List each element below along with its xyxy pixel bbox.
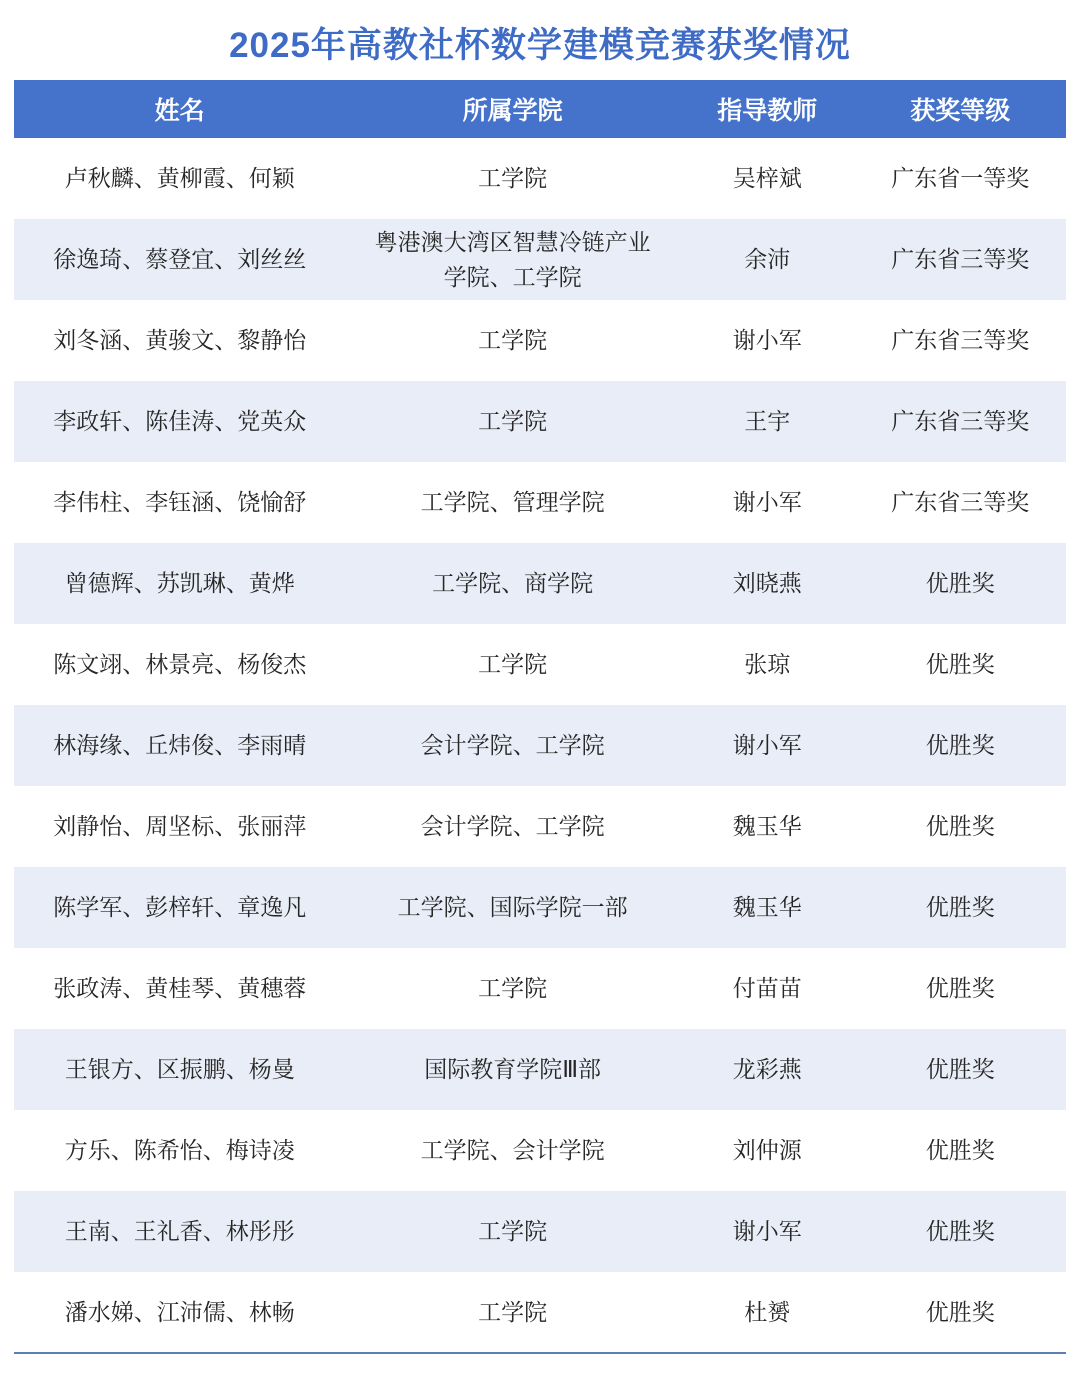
cell-teacher: 龙彩燕 (680, 1029, 855, 1110)
cell-college: 国际教育学院Ⅲ部 (345, 1029, 680, 1110)
cell-teacher: 谢小军 (680, 705, 855, 786)
cell-award: 广东省一等奖 (855, 138, 1066, 219)
table-row: 李伟柱、李钰涵、饶愉舒 工学院、管理学院 谢小军 广东省三等奖 (14, 462, 1066, 543)
cell-teacher: 魏玉华 (680, 867, 855, 948)
cell-award: 优胜奖 (855, 867, 1066, 948)
award-table-container: 2025年高教社杯数学建模竞赛获奖情况 姓名 所属学院 指导教师 获奖等级 卢秋… (14, 6, 1066, 1354)
page-title: 2025年高教社杯数学建模竞赛获奖情况 (14, 6, 1066, 80)
cell-award: 优胜奖 (855, 1029, 1066, 1110)
cell-college: 粤港澳大湾区智慧冷链产业学院、工学院 (345, 219, 680, 300)
cell-college: 工学院 (345, 948, 680, 1029)
table-row: 陈文翊、林景亮、杨俊杰 工学院 张琼 优胜奖 (14, 624, 1066, 705)
table-row: 陈学军、彭梓轩、章逸凡 工学院、国际学院一部 魏玉华 优胜奖 (14, 867, 1066, 948)
cell-award: 优胜奖 (855, 1110, 1066, 1191)
cell-names: 李伟柱、李钰涵、饶愉舒 (14, 462, 345, 543)
cell-names: 陈文翊、林景亮、杨俊杰 (14, 624, 345, 705)
table-row: 张政涛、黄桂琴、黄穗蓉 工学院 付苗苗 优胜奖 (14, 948, 1066, 1029)
cell-teacher: 刘晓燕 (680, 543, 855, 624)
cell-college: 工学院 (345, 138, 680, 219)
cell-college: 工学院、会计学院 (345, 1110, 680, 1191)
cell-award: 广东省三等奖 (855, 381, 1066, 462)
cell-award: 广东省三等奖 (855, 219, 1066, 300)
table-row: 王银方、区振鹏、杨曼 国际教育学院Ⅲ部 龙彩燕 优胜奖 (14, 1029, 1066, 1110)
cell-names: 徐逸琦、蔡登宜、刘丝丝 (14, 219, 345, 300)
cell-award: 优胜奖 (855, 543, 1066, 624)
cell-award: 广东省三等奖 (855, 462, 1066, 543)
table-row: 潘水娣、江沛儒、林畅 工学院 杜赟 优胜奖 (14, 1272, 1066, 1353)
table-row: 徐逸琦、蔡登宜、刘丝丝 粤港澳大湾区智慧冷链产业学院、工学院 余沛 广东省三等奖 (14, 219, 1066, 300)
column-header-teacher: 指导教师 (680, 80, 855, 138)
cell-college: 工学院、国际学院一部 (345, 867, 680, 948)
cell-college: 工学院、商学院 (345, 543, 680, 624)
table-row: 林海缘、丘炜俊、李雨晴 会计学院、工学院 谢小军 优胜奖 (14, 705, 1066, 786)
table-body: 卢秋麟、黄柳霞、何颖 工学院 吴梓斌 广东省一等奖 徐逸琦、蔡登宜、刘丝丝 粤港… (14, 138, 1066, 1353)
cell-names: 潘水娣、江沛儒、林畅 (14, 1272, 345, 1353)
cell-names: 刘静怡、周坚标、张丽萍 (14, 786, 345, 867)
cell-college: 工学院 (345, 1272, 680, 1353)
cell-names: 陈学军、彭梓轩、章逸凡 (14, 867, 345, 948)
cell-names: 刘冬涵、黄骏文、黎静怡 (14, 300, 345, 381)
cell-teacher: 王宇 (680, 381, 855, 462)
cell-teacher: 谢小军 (680, 300, 855, 381)
cell-college: 工学院 (345, 1191, 680, 1272)
cell-teacher: 谢小军 (680, 1191, 855, 1272)
table-row: 王南、王礼香、林彤彤 工学院 谢小军 优胜奖 (14, 1191, 1066, 1272)
cell-teacher: 杜赟 (680, 1272, 855, 1353)
cell-college: 工学院 (345, 624, 680, 705)
cell-award: 优胜奖 (855, 1191, 1066, 1272)
cell-names: 李政轩、陈佳涛、党英众 (14, 381, 345, 462)
cell-teacher: 吴梓斌 (680, 138, 855, 219)
table-row: 李政轩、陈佳涛、党英众 工学院 王宇 广东省三等奖 (14, 381, 1066, 462)
column-header-college: 所属学院 (345, 80, 680, 138)
cell-college: 工学院 (345, 381, 680, 462)
cell-teacher: 张琼 (680, 624, 855, 705)
table-row: 曾德辉、苏凯琳、黄烨 工学院、商学院 刘晓燕 优胜奖 (14, 543, 1066, 624)
cell-names: 方乐、陈希怡、梅诗凌 (14, 1110, 345, 1191)
cell-names: 王南、王礼香、林彤彤 (14, 1191, 345, 1272)
cell-award: 优胜奖 (855, 705, 1066, 786)
table-header-row: 姓名 所属学院 指导教师 获奖等级 (14, 80, 1066, 138)
cell-award: 优胜奖 (855, 1272, 1066, 1353)
table-row: 刘冬涵、黄骏文、黎静怡 工学院 谢小军 广东省三等奖 (14, 300, 1066, 381)
cell-names: 王银方、区振鹏、杨曼 (14, 1029, 345, 1110)
cell-names: 林海缘、丘炜俊、李雨晴 (14, 705, 345, 786)
award-table: 姓名 所属学院 指导教师 获奖等级 卢秋麟、黄柳霞、何颖 工学院 吴梓斌 广东省… (14, 80, 1066, 1354)
cell-college: 会计学院、工学院 (345, 705, 680, 786)
cell-award: 优胜奖 (855, 624, 1066, 705)
table-row: 方乐、陈希怡、梅诗凌 工学院、会计学院 刘仲源 优胜奖 (14, 1110, 1066, 1191)
cell-teacher: 余沛 (680, 219, 855, 300)
cell-award: 优胜奖 (855, 948, 1066, 1029)
table-header: 姓名 所属学院 指导教师 获奖等级 (14, 80, 1066, 138)
cell-names: 张政涛、黄桂琴、黄穗蓉 (14, 948, 345, 1029)
table-row: 卢秋麟、黄柳霞、何颖 工学院 吴梓斌 广东省一等奖 (14, 138, 1066, 219)
cell-teacher: 付苗苗 (680, 948, 855, 1029)
column-header-award: 获奖等级 (855, 80, 1066, 138)
cell-college: 会计学院、工学院 (345, 786, 680, 867)
table-row: 刘静怡、周坚标、张丽萍 会计学院、工学院 魏玉华 优胜奖 (14, 786, 1066, 867)
cell-college: 工学院 (345, 300, 680, 381)
cell-teacher: 刘仲源 (680, 1110, 855, 1191)
column-header-names: 姓名 (14, 80, 345, 138)
cell-teacher: 魏玉华 (680, 786, 855, 867)
cell-college: 工学院、管理学院 (345, 462, 680, 543)
cell-award: 优胜奖 (855, 786, 1066, 867)
cell-names: 卢秋麟、黄柳霞、何颖 (14, 138, 345, 219)
cell-teacher: 谢小军 (680, 462, 855, 543)
cell-names: 曾德辉、苏凯琳、黄烨 (14, 543, 345, 624)
cell-award: 广东省三等奖 (855, 300, 1066, 381)
